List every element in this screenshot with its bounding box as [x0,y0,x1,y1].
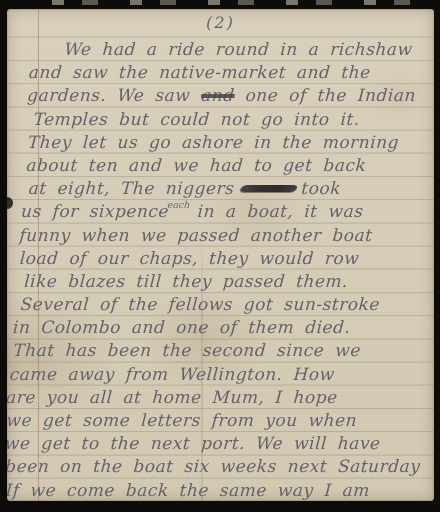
letter-line: gardens. We saw and one of the Indian [26,85,434,108]
letter-line: came away from Wellington. How [7,364,424,387]
handwritten-text: gardens. We saw [27,86,202,106]
letter-line: like blazes till they passed them. [13,271,430,294]
handwritten-text: Temples but could not go into it. [33,110,361,130]
letter-line: We had a ride round in a richshaw [30,39,434,62]
scribbled-out-word [239,185,299,192]
handwritten-text: and saw the native-market and the [28,63,371,83]
handwritten-text: we get some letters from you when [7,411,358,431]
handwritten-text: They let us go ashore in the morning [27,133,399,153]
scan-edge-ticks [52,0,438,5]
handwritten-text: took [301,179,342,199]
handwritten-text: That has been the second since we [13,341,362,361]
handwritten-text: came away from Wellington. How [9,365,335,385]
letter-line: are you all at home Mum, I hope [7,387,422,410]
letter-paper: (2) We had a ride round in a richshawand… [7,9,434,501]
letter-line: in Colombo and one of them died. [10,317,427,340]
scanned-letter-page: (2) We had a ride round in a richshawand… [0,0,440,512]
handwritten-text: us for sixpence [20,202,169,222]
inserted-word: each [167,201,190,210]
handwritten-text: are you all at home Mum, I hope [7,388,338,408]
handwritten-text: in a boat, it was [186,202,364,222]
letter-line: They let us go ashore in the morning [23,132,434,155]
handwritten-text: at eight, The niggers [28,179,235,199]
handwritten-text: we get to the next port. We will have [7,434,381,454]
handwritten-text: load of our chaps, they would row [19,249,360,269]
handwritten-text: been on the boat six weeks next Saturday [7,457,421,477]
struck-out-word: and [200,86,235,106]
letter-line: Several of the fellows got sun-stroke [12,294,429,317]
letter-line: If we come back the same way I am [7,480,415,501]
letter-line: about ten and we had to get back [21,155,434,178]
letter-line: at eight, The niggerstook [20,178,434,201]
handwritten-text: funny when we passed another boat [19,226,374,246]
letter-line: us for sixpenceeach in a boat, it was [18,201,434,224]
letter-line: we get to the next port. We will have [7,433,419,456]
letter-line: been on the boat six weeks next Saturday [7,456,417,479]
letter-line: Temples but could not go into it. [25,109,434,132]
handwritten-text: like blazes till they passed them. [24,272,349,292]
letter-line: load of our chaps, they would row [15,248,432,271]
handwritten-text: in Colombo and one of them died. [12,318,351,338]
letter-lines: We had a ride round in a richshawand saw… [7,39,434,501]
handwritten-text: We had a ride round in a richshaw [64,40,414,60]
handwritten-text: about ten and we had to get back [26,156,367,176]
letter-line: we get some letters from you when [7,410,420,433]
handwritten-text: If we come back the same way I am [7,481,371,501]
letter-line: and saw the native-market and the [28,62,434,85]
handwritten-text: one of the Indian [234,86,417,106]
letter-line: funny when we passed another boat [17,225,434,248]
letter-line: That has been the second since we [9,340,426,363]
handwritten-text: Several of the fellows got sun-stroke [20,295,381,315]
page-number: (2) [7,13,434,32]
